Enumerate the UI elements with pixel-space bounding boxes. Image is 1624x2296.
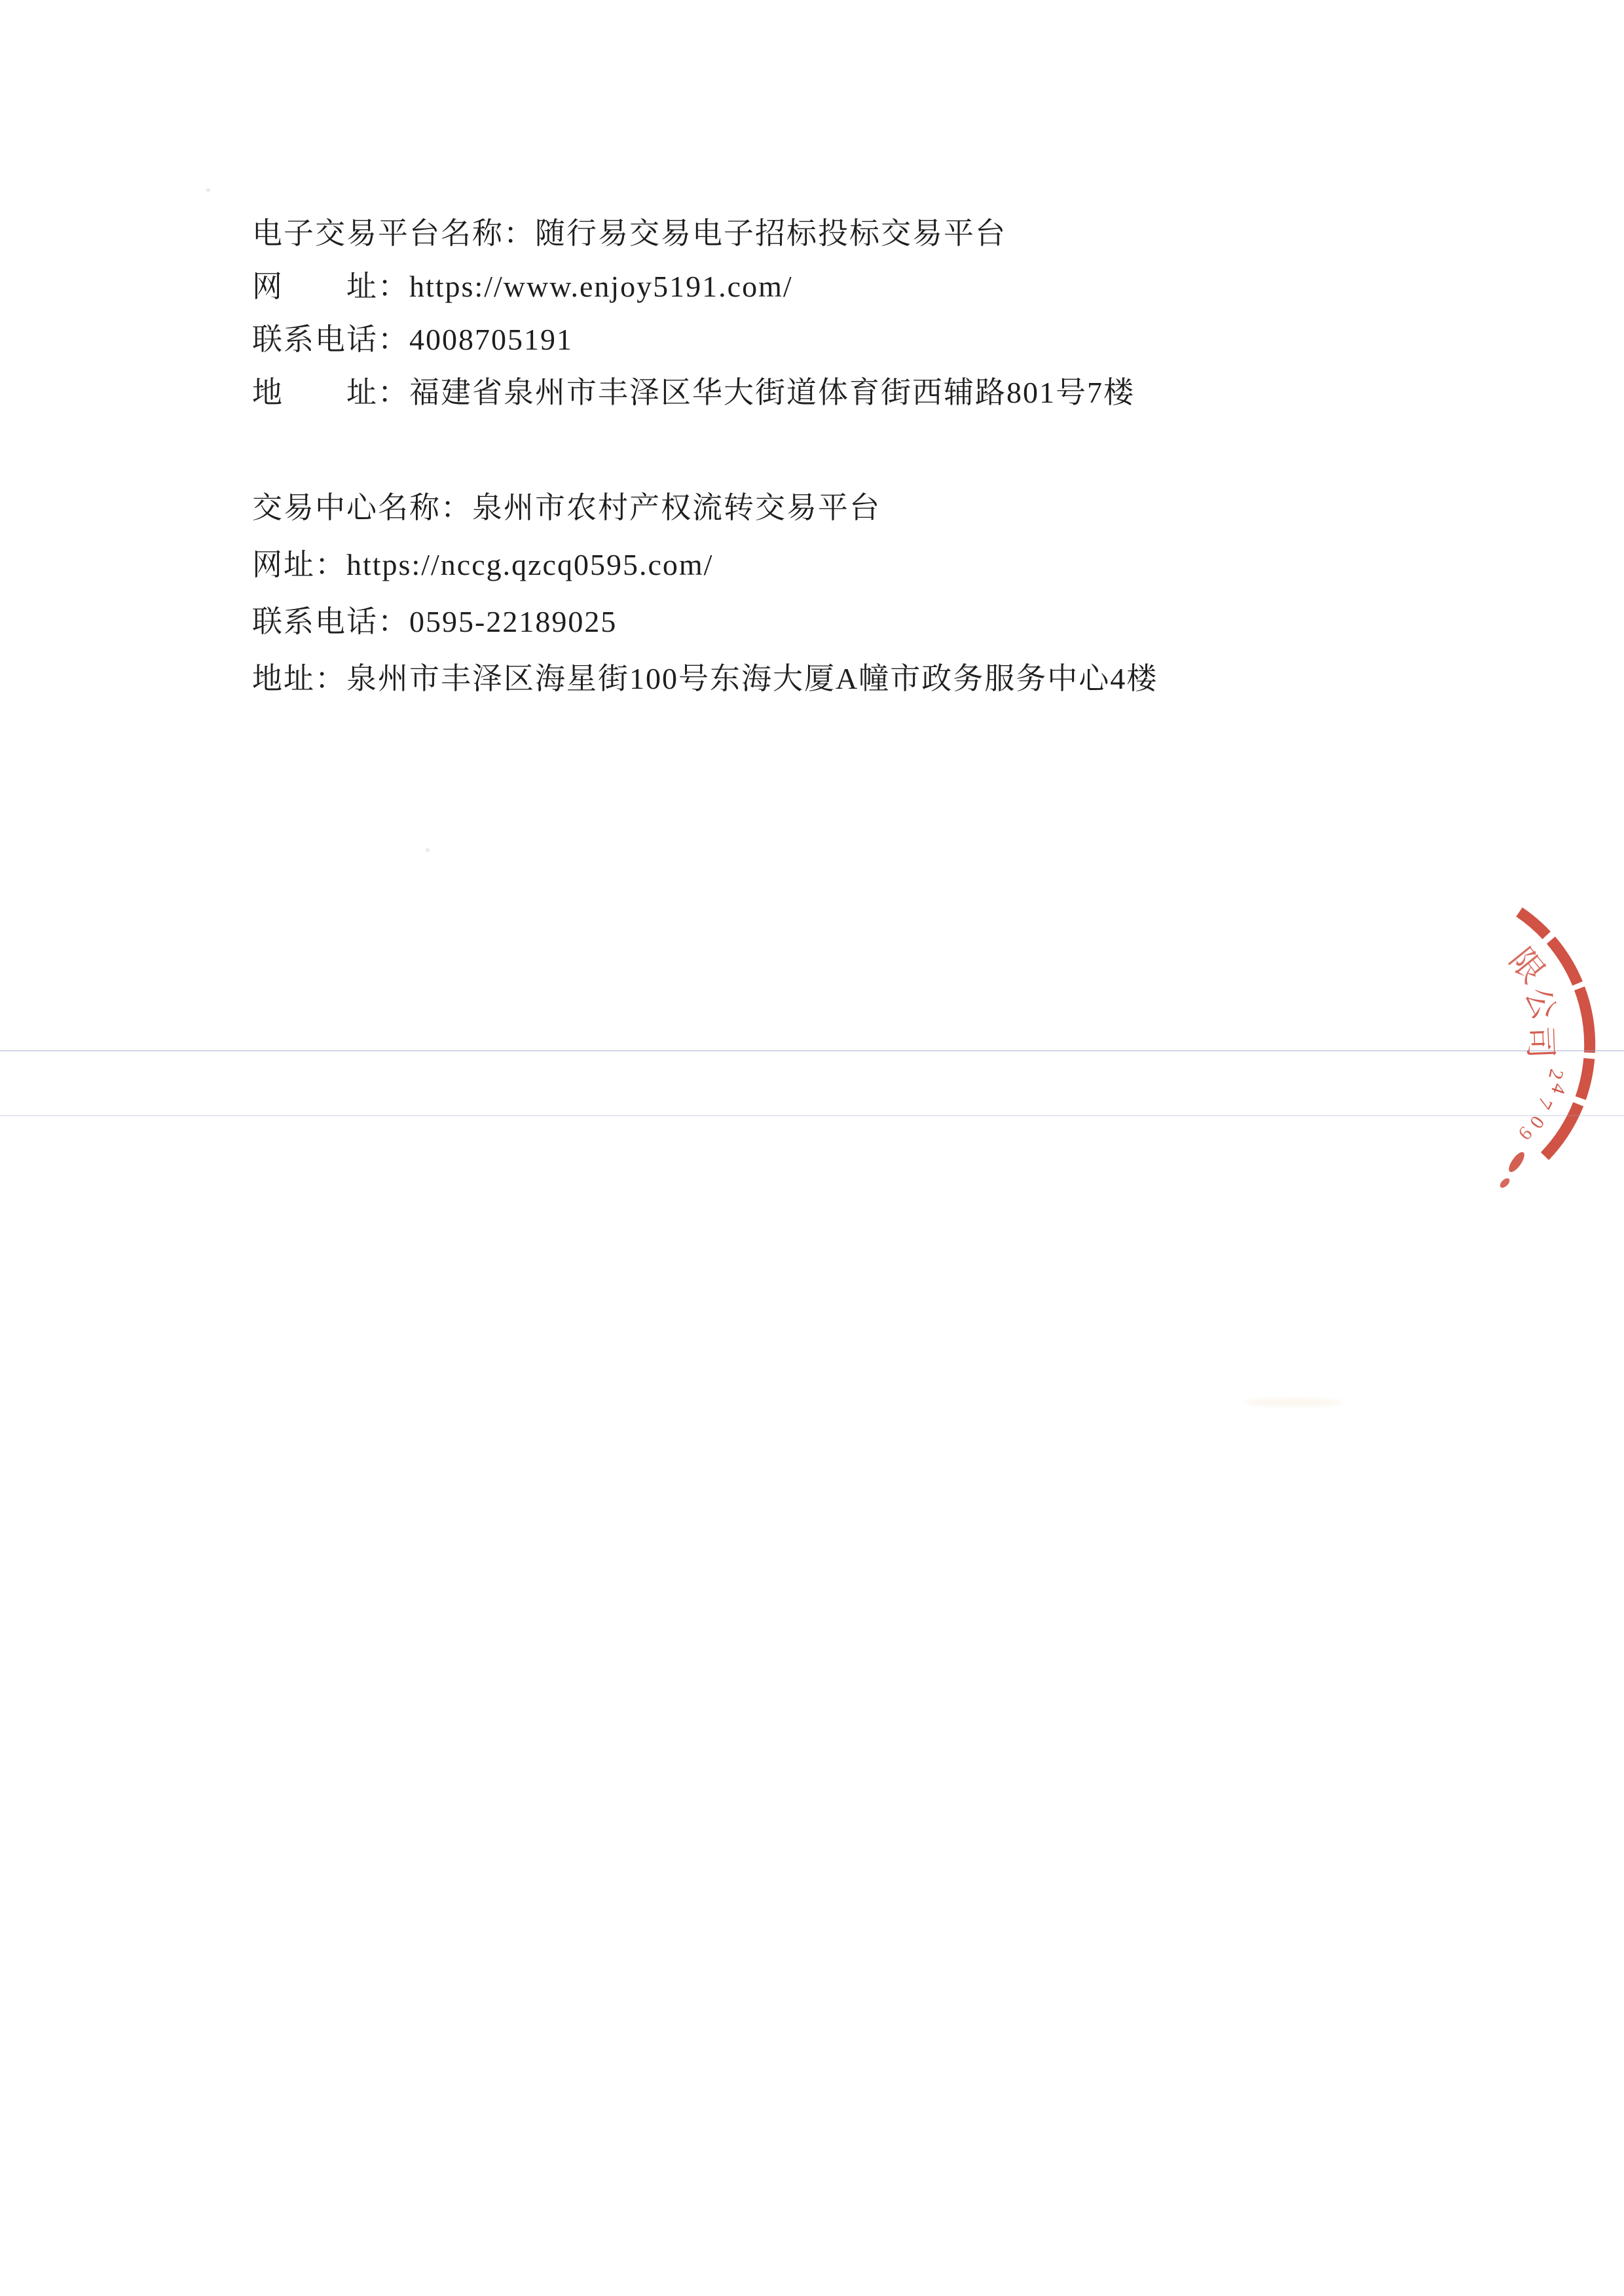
document-page: 电子交易平台名称：随行易交易电子招标投标交易平台 网 址：https://www…: [0, 0, 1624, 2296]
scan-smudge: [1244, 1398, 1342, 1406]
scan-speck: [206, 189, 210, 192]
seal-serial-digit: 7: [1533, 1094, 1557, 1112]
scan-artifact-line: [0, 1050, 1624, 1051]
seal-ring-char: 司: [1521, 1025, 1559, 1059]
seal-ink-fleck: [1498, 1176, 1511, 1190]
platform-name-line: 电子交易平台名称：随行易交易电子招标投标交易平台: [252, 207, 1135, 260]
seal-graphic: 限 公 司 2 4 7 0 9: [1369, 877, 1624, 1231]
red-seal-stamp: 限 公 司 2 4 7 0 9: [1369, 877, 1624, 1231]
seal-serial-digit: 2: [1544, 1067, 1568, 1082]
seal-ring-char: 限: [1503, 941, 1552, 990]
scan-speck: [426, 848, 430, 852]
seal-ring-char: 公: [1519, 983, 1562, 1024]
center-address-line: 地址：泉州市丰泽区海星街100号东海大厦A幢市政务服务中心4楼: [252, 650, 1158, 707]
seal-serial-digit: 4: [1547, 1081, 1570, 1097]
seal-serial-digit: 9: [1514, 1122, 1536, 1144]
seal-ink-fragment: [1506, 1150, 1527, 1175]
center-name-line: 交易中心名称：泉州市农村产权流转交易平台: [252, 479, 1158, 536]
center-phone-line: 联系电话：0595-22189025: [252, 593, 1158, 650]
platform-info-block: 电子交易平台名称：随行易交易电子招标投标交易平台 网 址：https://www…: [252, 207, 1135, 419]
platform-url-line: 网 址：https://www.enjoy5191.com/: [252, 260, 1135, 313]
platform-phone-line: 联系电话：4008705191: [252, 313, 1135, 366]
scan-artifact-line: [0, 1115, 1624, 1116]
trade-center-info-block: 交易中心名称：泉州市农村产权流转交易平台 网址：https://nccg.qzc…: [252, 479, 1158, 707]
center-url-line: 网址：https://nccg.qzcq0595.com/: [252, 536, 1158, 593]
platform-address-line: 地 址：福建省泉州市丰泽区华大街道体育街西辅路801号7楼: [252, 366, 1135, 419]
